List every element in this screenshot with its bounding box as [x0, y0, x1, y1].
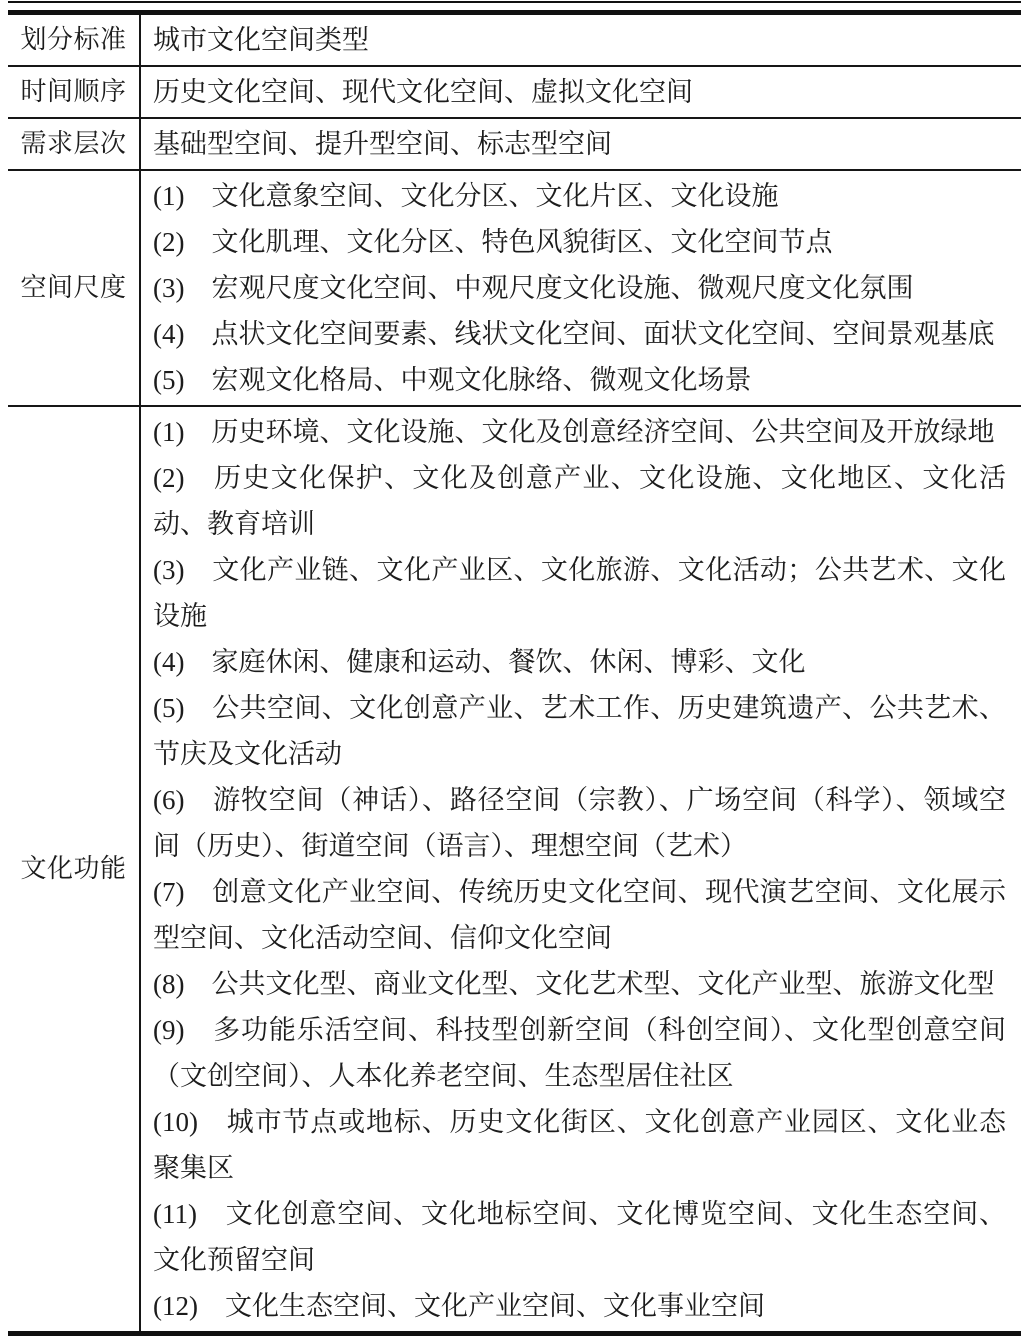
content-item: (4) 点状文化空间要素、线状文化空间、面状文化空间、空间景观基底 — [153, 311, 1006, 357]
table-row: 空间尺度(1) 文化意象空间、文化分区、文化片区、文化设施(2) 文化肌理、文化… — [8, 170, 1021, 406]
content-item: (4) 家庭休闲、健康和运动、餐饮、休闲、博彩、文化 — [153, 639, 1006, 685]
table-row: 文化功能(1) 历史环境、文化设施、文化及创意经济空间、公共空间及开放绿地(2)… — [8, 406, 1021, 1334]
content-item: (9) 多功能乐活空间、科技型创新空间（科创空间）、文化型创意空间（文创空间）、… — [153, 1007, 1006, 1099]
table-top-thin-rule — [8, 1, 1021, 3]
classification-table: 划分标准城市文化空间类型时间顺序历史文化空间、现代文化空间、虚拟文化空间需求层次… — [8, 10, 1021, 1336]
content-item: (2) 历史文化保护、文化及创意产业、文化设施、文化地区、文化活动、教育培训 — [153, 455, 1006, 547]
content-item: (7) 创意文化产业空间、传统历史文化空间、现代演艺空间、文化展示型空间、文化活… — [153, 869, 1006, 961]
content-item: 城市文化空间类型 — [153, 17, 1006, 63]
content-item: (2) 文化肌理、文化分区、特色风貌街区、文化空间节点 — [153, 219, 1006, 265]
row-label: 时间顺序 — [8, 66, 140, 118]
content-item: (12) 文化生态空间、文化产业空间、文化事业空间 — [153, 1283, 1006, 1329]
content-item: (3) 文化产业链、文化产业区、文化旅游、文化活动；公共艺术、文化设施 — [153, 547, 1006, 639]
content-item: (3) 宏观尺度文化空间、中观尺度文化设施、微观尺度文化氛围 — [153, 265, 1006, 311]
row-content: 基础型空间、提升型空间、标志型空间 — [140, 118, 1021, 170]
content-item: (8) 公共文化型、商业文化型、文化艺术型、文化产业型、旅游文化型 — [153, 961, 1006, 1007]
content-item: (10) 城市节点或地标、历史文化街区、文化创意产业园区、文化业态聚集区 — [153, 1099, 1006, 1191]
row-label: 空间尺度 — [8, 170, 140, 406]
content-item: (5) 宏观文化格局、中观文化脉络、微观文化场景 — [153, 357, 1006, 403]
header-row: 划分标准城市文化空间类型 — [8, 13, 1021, 67]
header-label-cell: 划分标准 — [8, 13, 140, 67]
row-content: (1) 历史环境、文化设施、文化及创意经济空间、公共空间及开放绿地(2) 历史文… — [140, 406, 1021, 1334]
content-item: (5) 公共空间、文化创意产业、艺术工作、历史建筑遗产、公共艺术、节庆及文化活动 — [153, 685, 1006, 777]
content-item: (11) 文化创意空间、文化地标空间、文化博览空间、文化生态空间、文化预留空间 — [153, 1191, 1006, 1283]
content-item: (1) 历史环境、文化设施、文化及创意经济空间、公共空间及开放绿地 — [153, 409, 1006, 455]
table-row: 需求层次基础型空间、提升型空间、标志型空间 — [8, 118, 1021, 170]
row-label: 需求层次 — [8, 118, 140, 170]
row-content: (1) 文化意象空间、文化分区、文化片区、文化设施(2) 文化肌理、文化分区、特… — [140, 170, 1021, 406]
content-item: 基础型空间、提升型空间、标志型空间 — [153, 121, 1006, 167]
header-content-cell: 城市文化空间类型 — [140, 13, 1021, 67]
content-item: (6) 游牧空间（神话）、路径空间（宗教）、广场空间（科学）、领域空间（历史）、… — [153, 777, 1006, 869]
row-label: 文化功能 — [8, 406, 140, 1334]
page: 划分标准城市文化空间类型时间顺序历史文化空间、现代文化空间、虚拟文化空间需求层次… — [0, 0, 1029, 1336]
row-content: 历史文化空间、现代文化空间、虚拟文化空间 — [140, 66, 1021, 118]
content-item: 历史文化空间、现代文化空间、虚拟文化空间 — [153, 69, 1006, 115]
content-item: (1) 文化意象空间、文化分区、文化片区、文化设施 — [153, 173, 1006, 219]
table-row: 时间顺序历史文化空间、现代文化空间、虚拟文化空间 — [8, 66, 1021, 118]
table-body: 划分标准城市文化空间类型时间顺序历史文化空间、现代文化空间、虚拟文化空间需求层次… — [8, 13, 1021, 1334]
